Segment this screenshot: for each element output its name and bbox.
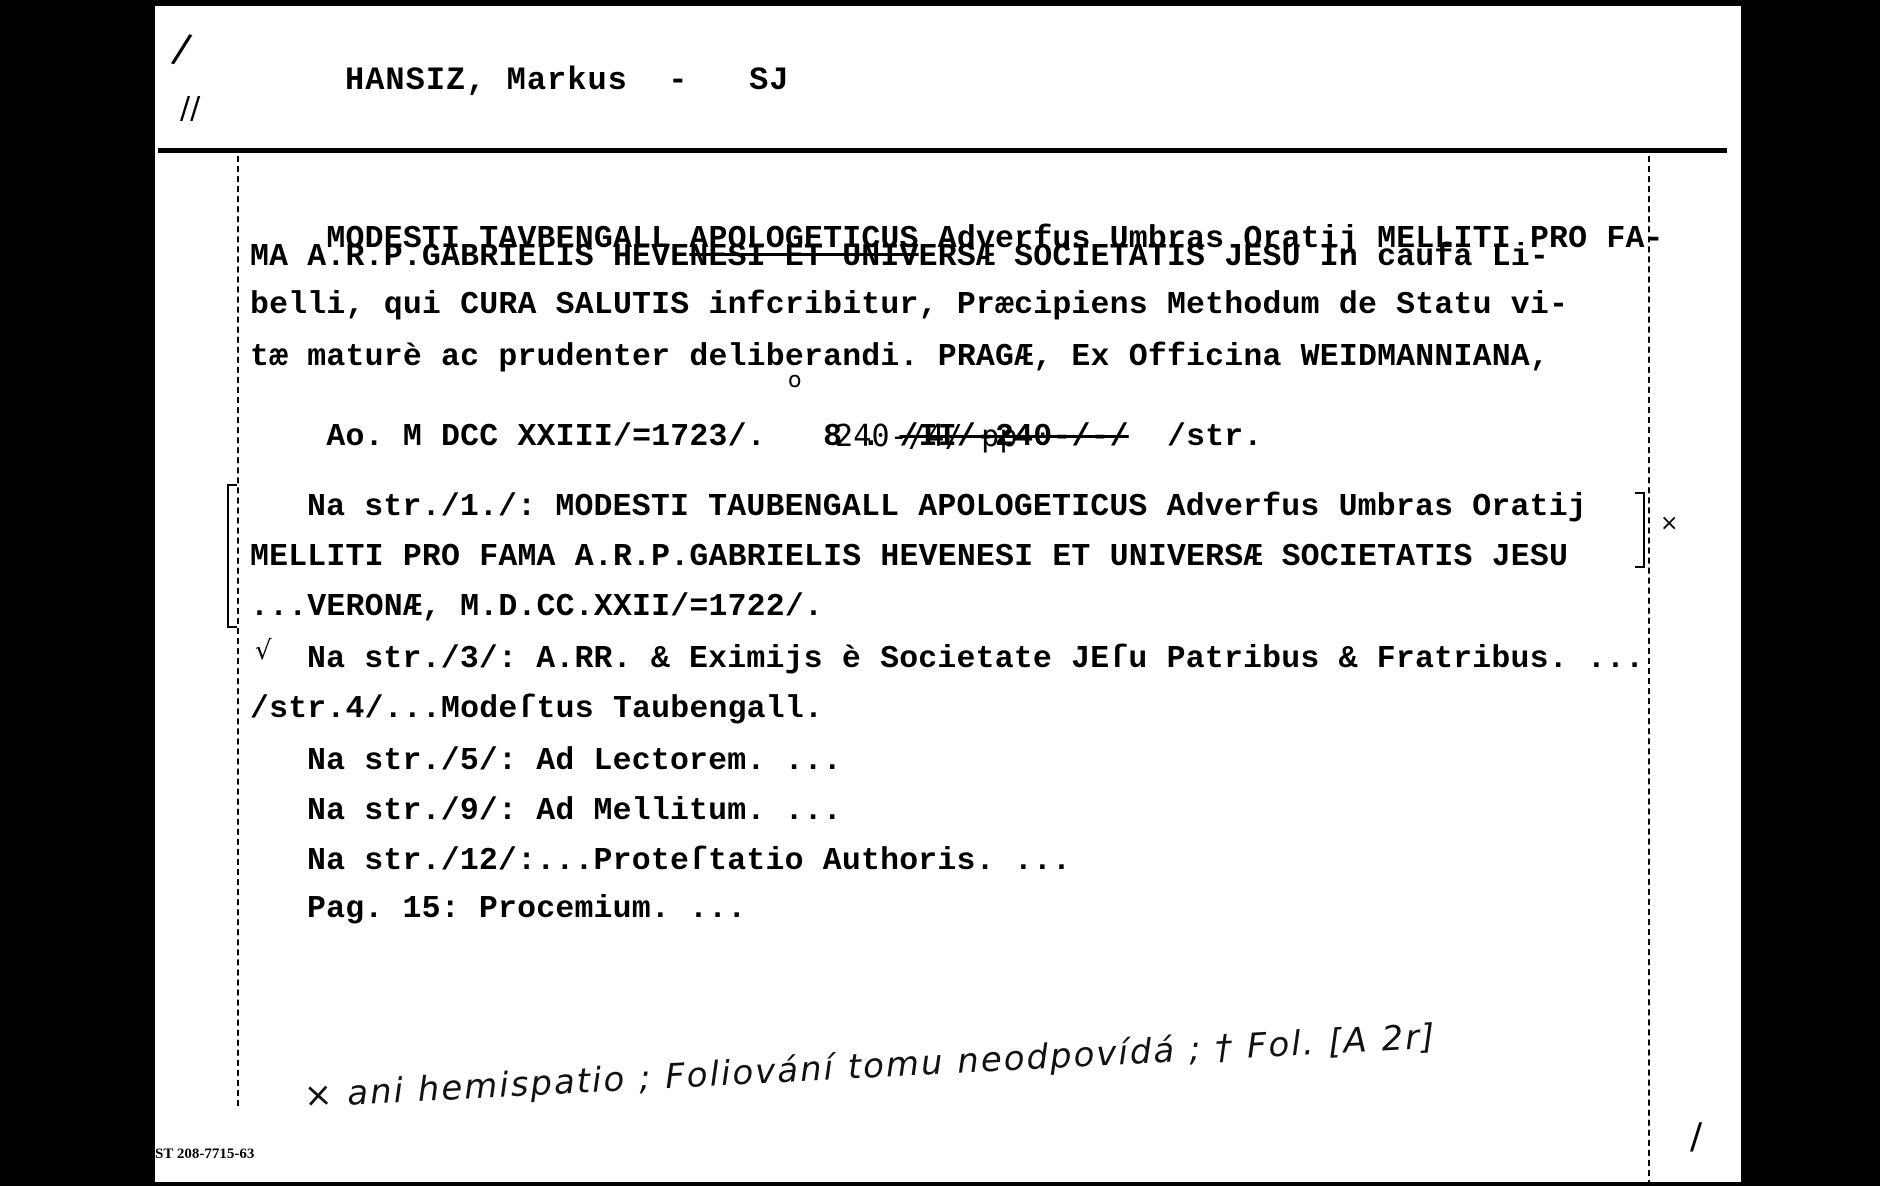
pencil-slash-icon: / — [1690, 1116, 1702, 1157]
pencil-mark-icon: // — [180, 91, 200, 126]
pencil-mark-icon: / — [169, 25, 194, 73]
left-margin-guide — [237, 156, 239, 1106]
bracket-x-mark-icon: × — [1660, 511, 1678, 536]
author-heading: HANSIZ, Markus - SJ — [345, 62, 789, 99]
contents-line-4: Na str./3/: A.RR. & Eximijs è Societate … — [307, 644, 1644, 676]
check-mark-icon: √ — [255, 636, 272, 666]
format-degree-sign: o — [788, 368, 801, 393]
contents-line-3: ...VERONÆ, M.D.CC.XXII/=1722/. — [250, 592, 823, 624]
pagination-label: /str. — [1129, 420, 1263, 455]
contents-line-1: Na str./1./: MODESTI TAUBENGALL APOLOGET… — [307, 492, 1587, 524]
contents-line-7: Na str./9/: Ad Mellitum. ... — [307, 796, 842, 828]
contents-line-8: Na str./12/:...Proteſtatio Authoris. ... — [307, 846, 1071, 878]
pagination-correction: 240-/4/ pp — [835, 422, 1018, 452]
catalog-card: / // HANSIZ, Markus - SJ MODESTI TAVBENG… — [155, 6, 1741, 1182]
contents-line-6: Na str./5/: Ad Lectorem. ... — [307, 746, 842, 778]
contents-bracket-right — [1635, 492, 1645, 568]
entry-line-5: Ao. M DCC XXIII/=1723/. 8 . /II/-240-/-/… — [250, 390, 1263, 485]
contents-line-2: MELLITI PRO FAMA A.R.P.GABRIELIS HEVENES… — [250, 542, 1568, 574]
entry-line-2: MA A.R.P.GABRIELIS HEVENESI ET UNIVERSÆ … — [250, 242, 1549, 274]
contents-line-5: /str.4/...Modeſtus Taubengall. — [250, 694, 823, 726]
imprint-date: Ao. M DCC XXIII/=1723/. 8 — [326, 420, 842, 455]
card-stamp-number: ST 208-7715-63 — [155, 1146, 254, 1163]
contents-bracket-left — [227, 484, 237, 628]
entry-line-4: tæ maturè ac prudenter deliberandi. PRAG… — [250, 342, 1549, 374]
header-divider — [158, 148, 1727, 153]
handwritten-note: × ani hemispatio ; Foliování tomu neodpo… — [303, 1017, 1437, 1116]
right-margin-guide — [1648, 156, 1650, 1186]
entry-line-3: belli, qui CURA SALUTIS infcribitur, Præ… — [250, 290, 1568, 322]
contents-line-9: Pag. 15: Procemium. ... — [307, 894, 746, 926]
